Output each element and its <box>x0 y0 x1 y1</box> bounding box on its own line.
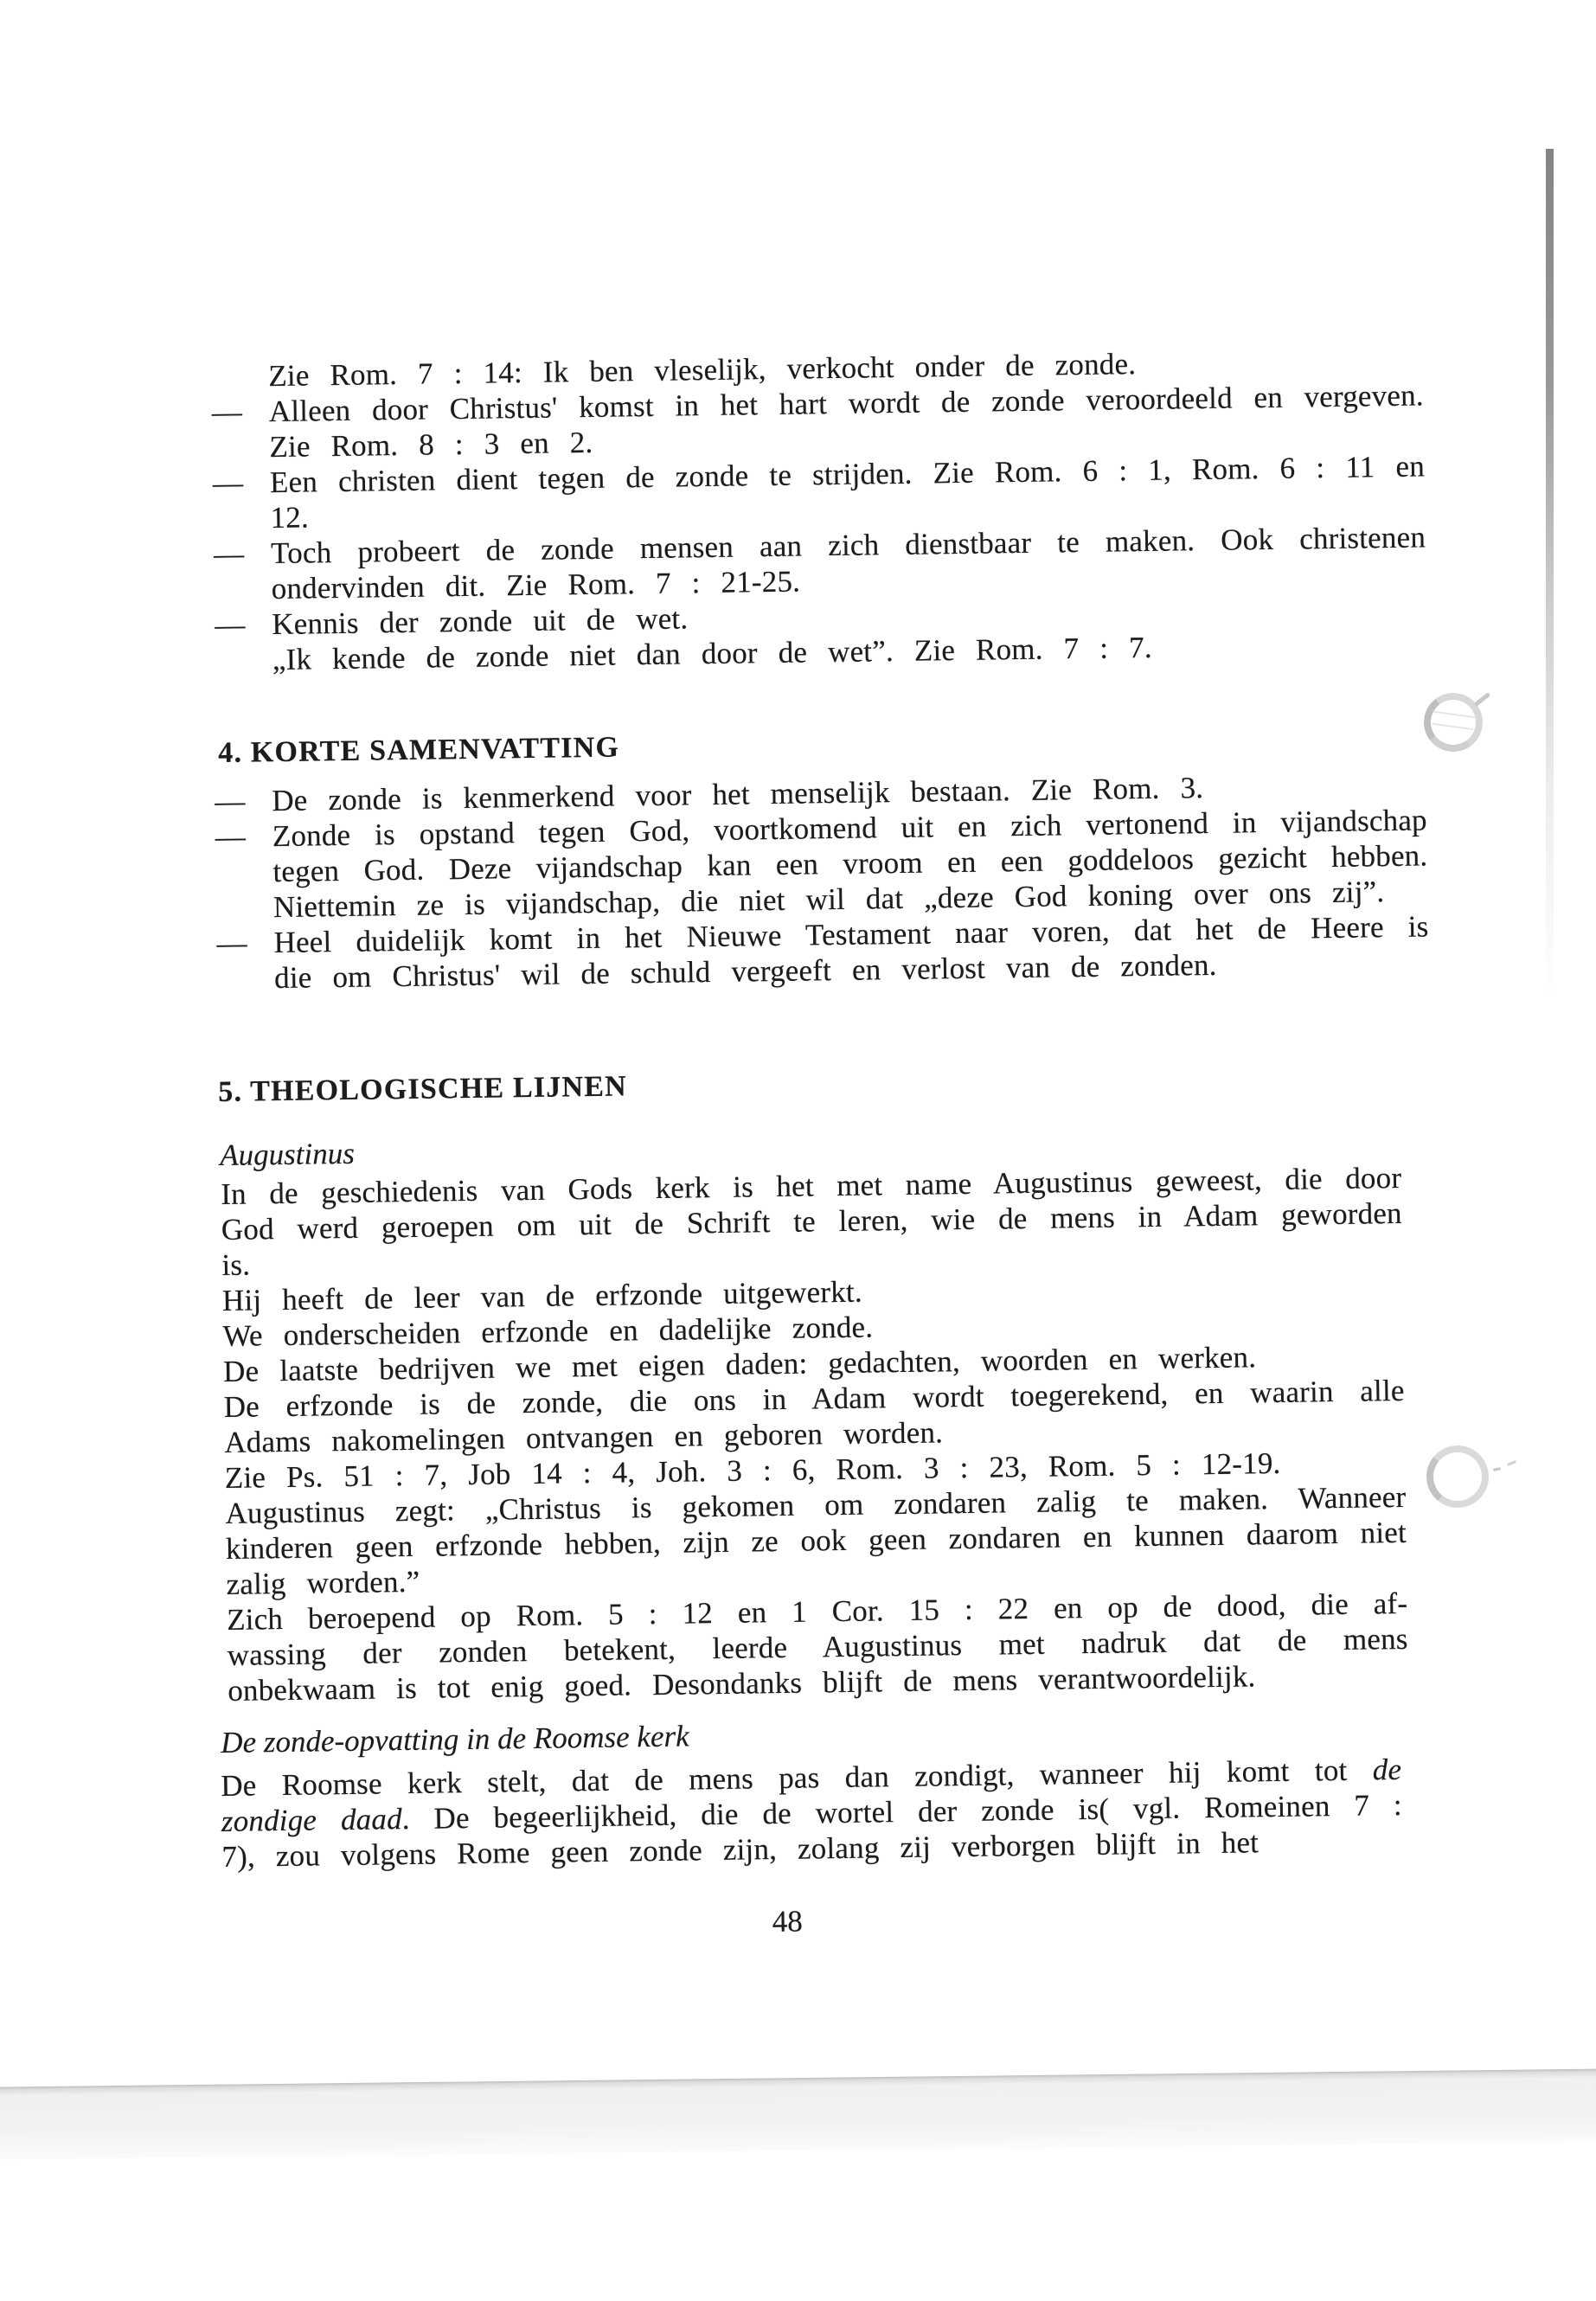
list-item: — Zonde is opstand tegen God, voortkomen… <box>215 802 1429 926</box>
dash-marker: — <box>215 819 247 855</box>
scan-speck <box>1507 1460 1516 1466</box>
roomse-kerk-paragraph: De Roomse kerk stelt, dat de mens pas da… <box>221 1752 1403 1875</box>
subsection-heading-roomse-kerk: De zonde-opvatting in de Roomse kerk <box>221 1719 689 1760</box>
scan-right-edge-line <box>1546 149 1554 1001</box>
augustinus-paragraphs: In de geschiedenis van Gods kerk is het … <box>221 1160 1408 1708</box>
list-item-text: Kennis der zonde uit de wet. <box>272 601 689 641</box>
section-heading-5: 5. THEOLOGISCHE LIJNEN <box>218 1070 627 1109</box>
dash-marker: — <box>215 606 246 642</box>
page-number: 48 <box>147 1895 1427 1948</box>
section4-list: — De zonde is kenmerkend voor het mensel… <box>215 766 1429 997</box>
dash-marker: — <box>216 925 247 960</box>
paragraph: Zich beroepend op Rom. 5 : 12 en 1 Cor. … <box>227 1586 1409 1708</box>
list-item-text: Zonde is opstand tegen God, voortkomend … <box>272 803 1428 924</box>
paragraph: De Roomse kerk stelt, dat de mens pas da… <box>221 1752 1403 1875</box>
intro-reference-list: Zie Rom. 7 : 14: Ik ben vleselijk, verko… <box>211 342 1427 678</box>
dash-marker: — <box>214 535 245 571</box>
scanned-book-page: { "page": { "number": "48" }, "intro_lis… <box>0 0 1596 2301</box>
dash-marker: — <box>215 784 246 819</box>
punch-hole-inner-line <box>1433 711 1475 719</box>
section-heading-4: 4. KORTE SAMENVATTING <box>218 732 619 770</box>
scan-speck <box>1493 1467 1501 1471</box>
punch-hole-inner-line <box>1432 723 1473 731</box>
dash-marker: — <box>213 465 244 500</box>
list-item-text: Heel duidelijk komt in het Nieuwe Testam… <box>273 909 1428 995</box>
punch-hole-mark-bottom <box>1423 1442 1491 1510</box>
paragraph: In de geschiedenis van Gods kerk is het … <box>221 1160 1403 1283</box>
punch-hole-mark-top <box>1420 689 1487 756</box>
subsection-heading-augustinus: Augustinus <box>220 1137 355 1173</box>
dash-marker: — <box>212 394 243 430</box>
scanner-bottom-edge-shadow <box>0 2068 1596 2160</box>
punch-hole-tick-mark <box>1474 692 1491 707</box>
paragraph: Augustinus zegt: „Christus is gekomen om… <box>225 1479 1407 1602</box>
